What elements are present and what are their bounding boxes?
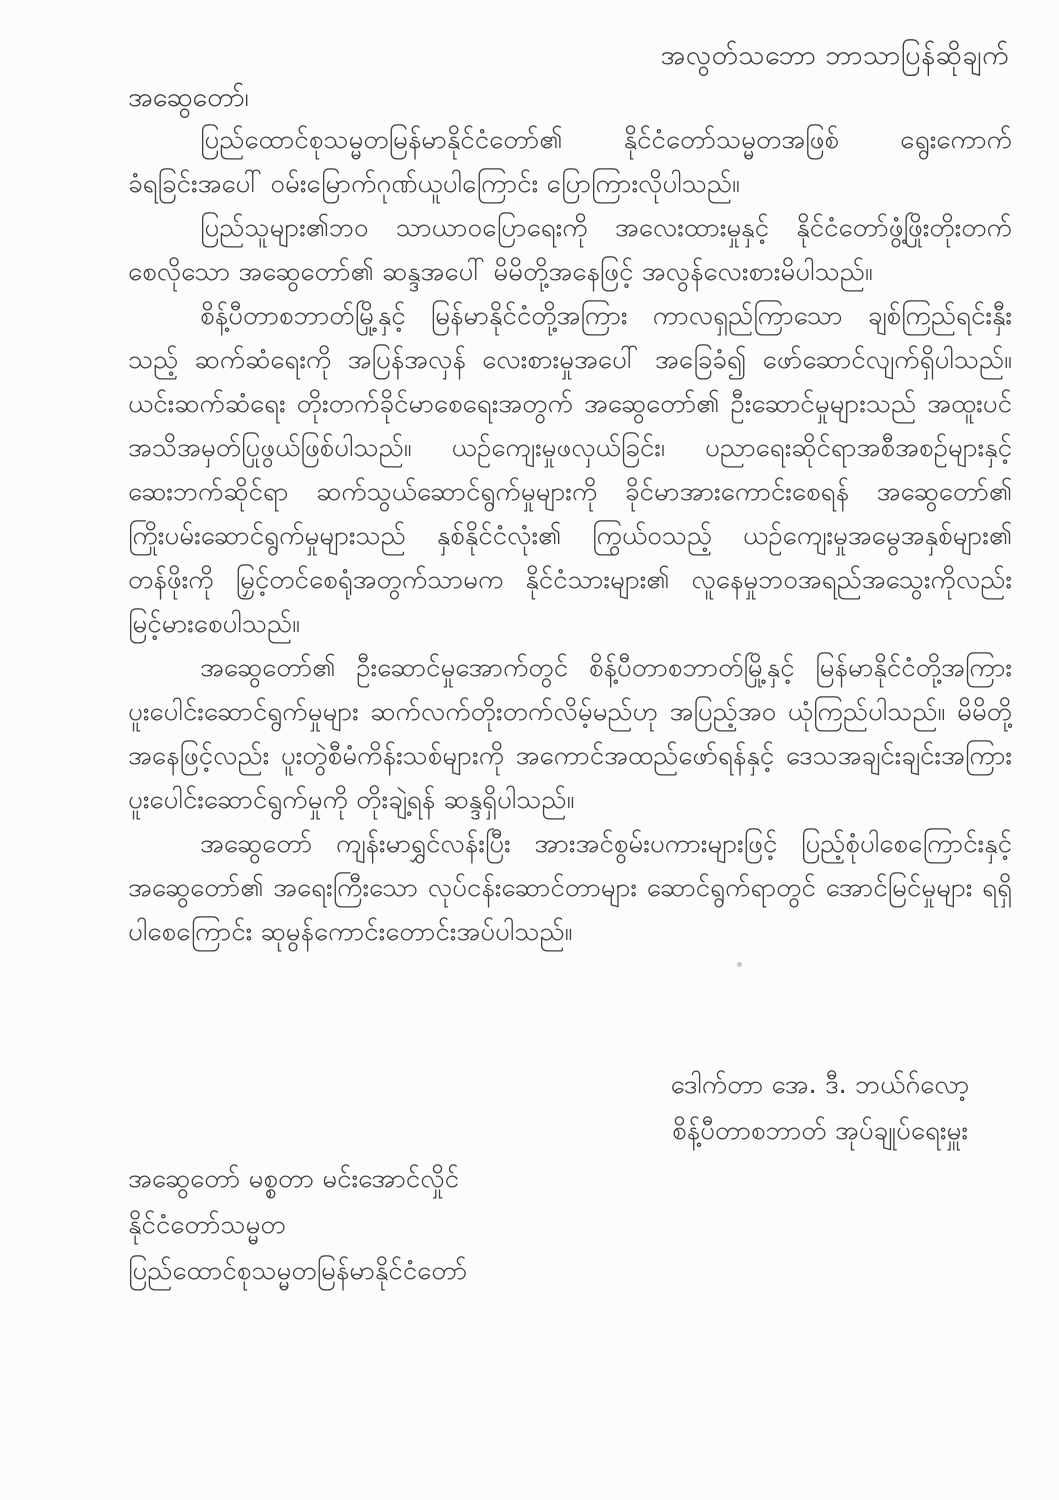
letter-body: ပြည်ထောင်စုသမ္မတမြန်မာနိုင်ငံတော်၏ နိုင်… [128,118,1012,954]
salutation: အဆွေတော်၊ [128,76,249,120]
body-line: အဆွေတော်၏ ဦးဆောင်မှုအောက်တွင် စိန့်ပီတာစ… [128,646,1012,690]
letter-page: အလွတ်သဘော ဘာသာပြန်ဆိုချက် အဆွေတော်၊ ပြည်… [0,0,1059,1500]
addressee-name: အဆွေတော် မစ္စတာ မင်းအောင်လှိုင် [128,1156,688,1202]
signer-name: ဒေါက်တာ အေ. ဒီ. ဘယ်ဂ်လော့ [600,1062,1040,1108]
body-line: ပူးပေါင်းဆောင်ရွက်မှုကို တိုးချဲ့ရန် ဆန္… [128,778,1012,822]
body-line: ခံရခြင်းအပေါ် ဝမ်းမြောက်ဂုဏ်ယူပါကြောင်း … [128,162,1012,206]
body-line: ပြည်သူများ၏ဘဝ သာယာဝပြောရေးကို အလေးထားမှု… [128,206,1012,250]
body-line: စိန့်ပီတာစဘာတ်မြို့နှင့် မြန်မာနိုင်ငံတိ… [128,294,1012,338]
scan-speck-artifact [737,962,742,967]
addressee-title: နိုင်ငံတော်သမ္မတ [128,1202,688,1248]
body-line: စေလိုသော အဆွေတော်၏ ဆန္ဒအပေါ် မိမိတို့အနေ… [128,250,1012,294]
body-line: အသိအမှတ်ပြုဖွယ်ဖြစ်ပါသည်။ ယဉ်ကျေးမှုဖလှယ… [128,426,1012,470]
body-line: အဆွေတော်၏ အရေးကြီးသော လုပ်ငန်းဆောင်တာမျာ… [128,866,1012,910]
body-line: ဆေးဘက်ဆိုင်ရာ ဆက်သွယ်ဆောင်ရွက်မှုများကို… [128,470,1012,514]
body-line: အနေဖြင့်လည်း ပူးတွဲစီမံကိန်းသစ်များကို အ… [128,734,1012,778]
body-line: ကြိုးပမ်းဆောင်ရွက်မှုများသည် နှစ်နိုင်ငံ… [128,514,1012,558]
body-line: ပြည်ထောင်စုသမ္မတမြန်မာနိုင်ငံတော်၏ နိုင်… [128,118,1012,162]
body-line: ယင်းဆက်ဆံရေး တိုးတက်ခိုင်မာစေရေးအတွက် အဆ… [128,382,1012,426]
addressee-block: အဆွေတော် မစ္စတာ မင်းအောင်လှိုင် နိုင်ငံတ… [128,1156,688,1294]
body-line: အဆွေတော် ကျန်းမာရွှင်လန်းပြီး အားအင်စွမ်… [128,822,1012,866]
addressee-country: ပြည်ထောင်စုသမ္မတမြန်မာနိုင်ငံတော် [128,1248,688,1294]
signer-title: စိန့်ပီတာစဘာတ် အုပ်ချုပ်ရေးမှူး [600,1108,1040,1154]
body-line: တန်ဖိုးကို မြှင့်တင်စေရုံအတွက်သာမက နိုင်… [128,558,1012,602]
body-line: ပါစေကြောင်း ဆုမွန်ကောင်းတောင်းအပ်ပါသည်။ [128,910,1012,954]
signature-block: ဒေါက်တာ အေ. ဒီ. ဘယ်ဂ်လော့ စိန့်ပီတာစဘာတ်… [600,1062,1040,1154]
body-line: ပူးပေါင်းဆောင်ရွက်မှုများ ဆက်လက်တိုးတက်လ… [128,690,1012,734]
body-line: သည့် ဆက်ဆံရေးကို အပြန်အလှန် လေးစားမှုအပေ… [128,338,1012,382]
body-line: မြင့်မားစေပါသည်။ [128,602,1012,646]
document-title: အလွတ်သဘော ဘာသာပြန်ဆိုချက် [661,34,1009,78]
